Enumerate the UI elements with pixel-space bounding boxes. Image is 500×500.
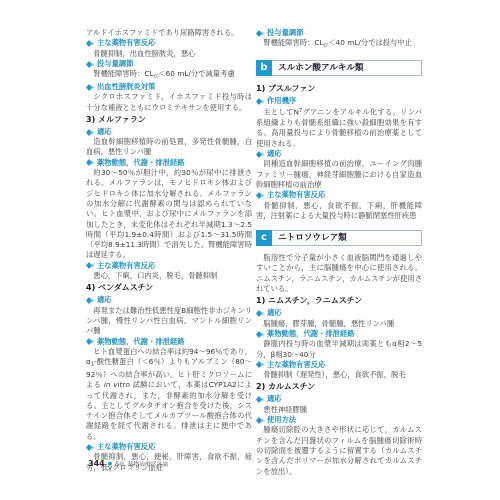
bullet-heading: 適応 bbox=[256, 149, 422, 159]
bullet-heading-label: 主な薬物有害反応 bbox=[97, 261, 155, 271]
body-paragraph: 骨髄抑制（遅発性），悪心，食欲不振，脱毛 bbox=[256, 370, 422, 380]
diamond-arrow-icon bbox=[256, 396, 265, 403]
footer-section-title: 薬物治療学各論 bbox=[128, 459, 169, 468]
body-paragraph: 脳腫瘍，膠芽腫，骨髄腫，悪性リンパ腫 bbox=[256, 319, 422, 329]
bullet-heading-label: 主な薬物有害反応 bbox=[267, 360, 325, 370]
bullet-heading-label: 適応 bbox=[267, 394, 282, 404]
section-letter-badge: b bbox=[256, 60, 272, 76]
textbook-page: アルドイホスファミドであり尿路障害される。主な薬物有害反応骨髄抑制，出血性膀胱炎… bbox=[0, 0, 500, 500]
diamond-arrow-icon bbox=[256, 30, 265, 37]
bullet-heading-label: 出血性膀胱炎対策 bbox=[97, 82, 155, 92]
body-paragraph: シクロホスファミド，イホスファミド投与時は十分な補液とともにウロミテキサンを使用… bbox=[86, 92, 252, 113]
drug-heading: 2) カルムスチン bbox=[256, 381, 422, 393]
bullet-heading-label: 薬物動態，代謝・排泄経路 bbox=[267, 329, 355, 339]
section-title: ニトロソウレア類 bbox=[272, 230, 422, 246]
text-run: 腎機能障害時：CL bbox=[93, 69, 153, 78]
body-paragraph: 腎機能障害時：CLcr＜40 mL/分では投与中止 bbox=[256, 38, 422, 51]
bullet-heading: 薬物動態，代謝・排泄経路 bbox=[86, 337, 252, 347]
diamond-arrow-icon bbox=[256, 310, 265, 317]
body-paragraph: 約30〜50％が胆汁中，約30％が尿中に排泄される。メルファランは，モノヒドロキ… bbox=[86, 168, 252, 261]
body-paragraph: 骨髄抑制，悪心，食欲不振，下痢，肝機能障害，注射薬による大量投与時に静脈閉塞性肝… bbox=[256, 201, 422, 222]
diamond-arrow-icon bbox=[256, 361, 265, 368]
diamond-arrow-icon bbox=[86, 297, 95, 304]
diamond-arrow-icon bbox=[86, 338, 95, 345]
right-text-column: 投与量調節腎機能障害時：CLcr＜40 mL/分では投与中止bスルホン酸アルキル… bbox=[256, 28, 422, 477]
body-paragraph: 腎機能障害時：CLcr＜60 mL/分で減量考慮 bbox=[86, 69, 252, 82]
bullet-heading: 適応 bbox=[256, 394, 422, 404]
drug-heading: 1) ブスルファン bbox=[256, 83, 422, 95]
drug-heading: 1) ニムスチン，ラニムスチン bbox=[256, 295, 422, 307]
section-heading: bスルホン酸アルキル類 bbox=[256, 60, 422, 76]
diamond-arrow-icon bbox=[256, 417, 265, 424]
section-heading: cニトロソウレア類 bbox=[256, 230, 422, 246]
bullet-heading-label: 投与量調節 bbox=[267, 28, 303, 38]
bullet-heading: 主な薬物有害反応 bbox=[86, 442, 252, 452]
body-paragraph: 静脈内投与時の血漿半減期は両薬ともα相2〜5分，β相30〜40分 bbox=[256, 339, 422, 360]
bullet-heading: 使用方法 bbox=[256, 415, 422, 425]
text-run: 腎機能障害時：CL bbox=[263, 38, 323, 47]
bullet-heading-label: 薬物動態，代謝・排泄経路 bbox=[97, 158, 185, 168]
body-paragraph: 再発または難治性低悪性度B細胞性非ホジキンリンパ腫，慢性リンパ性白血病，マントル… bbox=[86, 306, 252, 337]
body-paragraph: 主としてN7グアニンをアルキル化する。リンパ系組織よりも骨髄系組織に強い殺細胞効… bbox=[256, 106, 422, 149]
bullet-heading: 出血性膀胱炎対策 bbox=[86, 82, 252, 92]
diamond-arrow-icon bbox=[86, 84, 95, 91]
bullet-heading: 薬物動態，代謝・排泄経路 bbox=[86, 158, 252, 168]
bullet-heading-label: 作用機序 bbox=[267, 96, 296, 106]
text-run: in vitro bbox=[104, 380, 130, 389]
bullet-heading-label: 適応 bbox=[97, 295, 112, 305]
bullet-heading-label: 適応 bbox=[267, 308, 282, 318]
text-run: 試験において，本薬はCYP1A2によって代謝され，また，非酵素的加水分解を受ける… bbox=[86, 380, 252, 440]
bullet-heading: 作用機序 bbox=[256, 96, 422, 106]
body-paragraph: アルドイホスファミドであり尿路障害される。 bbox=[86, 28, 252, 38]
bullet-heading-label: 主な薬物有害反応 bbox=[267, 190, 325, 200]
body-paragraph: 悪心，下痢，口内炎，脱毛，骨髄抑制 bbox=[86, 271, 252, 281]
body-paragraph: 腫瘍切除腔の大きさや形状に応じて，カルムスチンを含んだ円盤状のフィルムを脳腫瘍切… bbox=[256, 425, 422, 476]
drug-heading: 4) ベンダムスチン bbox=[86, 282, 252, 294]
diamond-arrow-icon bbox=[256, 331, 265, 338]
text-run: ＜40 mL/分では投与中止 bbox=[328, 38, 412, 47]
bullet-heading-label: 投与量調節 bbox=[97, 59, 133, 69]
bullet-heading: 主な薬物有害反応 bbox=[86, 38, 252, 48]
bullet-heading: 主な薬物有害反応 bbox=[256, 360, 422, 370]
bullet-heading-label: 適応 bbox=[97, 127, 112, 137]
bullet-heading: 適応 bbox=[86, 127, 252, 137]
diamond-arrow-icon bbox=[256, 192, 265, 199]
bullet-heading: 適応 bbox=[86, 295, 252, 305]
page-footer: 344 ● 5章 薬物治療学各論 bbox=[88, 459, 168, 468]
footer-chapter: 5章 bbox=[115, 459, 125, 468]
body-paragraph: 骨髄抑制，出血性膀胱炎，悪心 bbox=[86, 49, 252, 59]
diamond-arrow-icon bbox=[86, 262, 95, 269]
bullet-heading-label: 主な薬物有害反応 bbox=[97, 442, 155, 452]
footer-dot-icon: ● bbox=[108, 461, 112, 467]
left-text-column: アルドイホスファミドであり尿路障害される。主な薬物有害反応骨髄抑制，出血性膀胱炎… bbox=[86, 28, 252, 473]
bullet-heading-label: 使用方法 bbox=[267, 415, 296, 425]
diamond-arrow-icon bbox=[86, 444, 95, 451]
bullet-heading: 投与量調節 bbox=[86, 59, 252, 69]
bullet-heading-label: 適応 bbox=[267, 149, 282, 159]
diamond-arrow-icon bbox=[86, 40, 95, 47]
diamond-arrow-icon bbox=[256, 151, 265, 158]
bullet-heading: 適応 bbox=[256, 308, 422, 318]
body-paragraph: 造血幹細胞移植時の前処置，多発性骨髄腫，白血病，悪性リンパ腫 bbox=[86, 137, 252, 158]
bullet-heading: 薬物動態，代謝・排泄経路 bbox=[256, 329, 422, 339]
section-letter-badge: c bbox=[256, 230, 272, 246]
diamond-arrow-icon bbox=[86, 159, 95, 166]
page-number: 344 bbox=[88, 459, 105, 468]
bullet-heading-label: 主な薬物有害反応 bbox=[97, 38, 155, 48]
diamond-arrow-icon bbox=[256, 98, 265, 105]
section-title: スルホン酸アルキル類 bbox=[272, 60, 422, 76]
text-run: 主としてN bbox=[263, 108, 299, 117]
body-paragraph: 脂溶性で分子量が小さく血液脳関門を通過しやすいことから，主に脳腫瘍を中心に使用さ… bbox=[256, 253, 422, 294]
bullet-heading: 主な薬物有害反応 bbox=[86, 261, 252, 271]
body-paragraph: ヒト血漿蛋白への結合率は約94〜96％であり，α1-酸性糖蛋白（＜6％）よりもア… bbox=[86, 347, 252, 442]
body-paragraph: 悪性神経膠腫 bbox=[256, 405, 422, 415]
bullet-heading: 投与量調節 bbox=[256, 28, 422, 38]
body-paragraph: 同種造血幹細胞移植の前治療，ユーイング肉腫ファミリー腫瘍，神経芽細胞腫における自… bbox=[256, 159, 422, 190]
text-run: ＜60 mL/分で減量考慮 bbox=[158, 69, 234, 78]
diamond-arrow-icon bbox=[86, 61, 95, 68]
bullet-heading-label: 薬物動態，代謝・排泄経路 bbox=[97, 337, 185, 347]
bullet-heading: 主な薬物有害反応 bbox=[256, 190, 422, 200]
diamond-arrow-icon bbox=[86, 129, 95, 136]
drug-heading: 3) メルファラン bbox=[86, 114, 252, 126]
